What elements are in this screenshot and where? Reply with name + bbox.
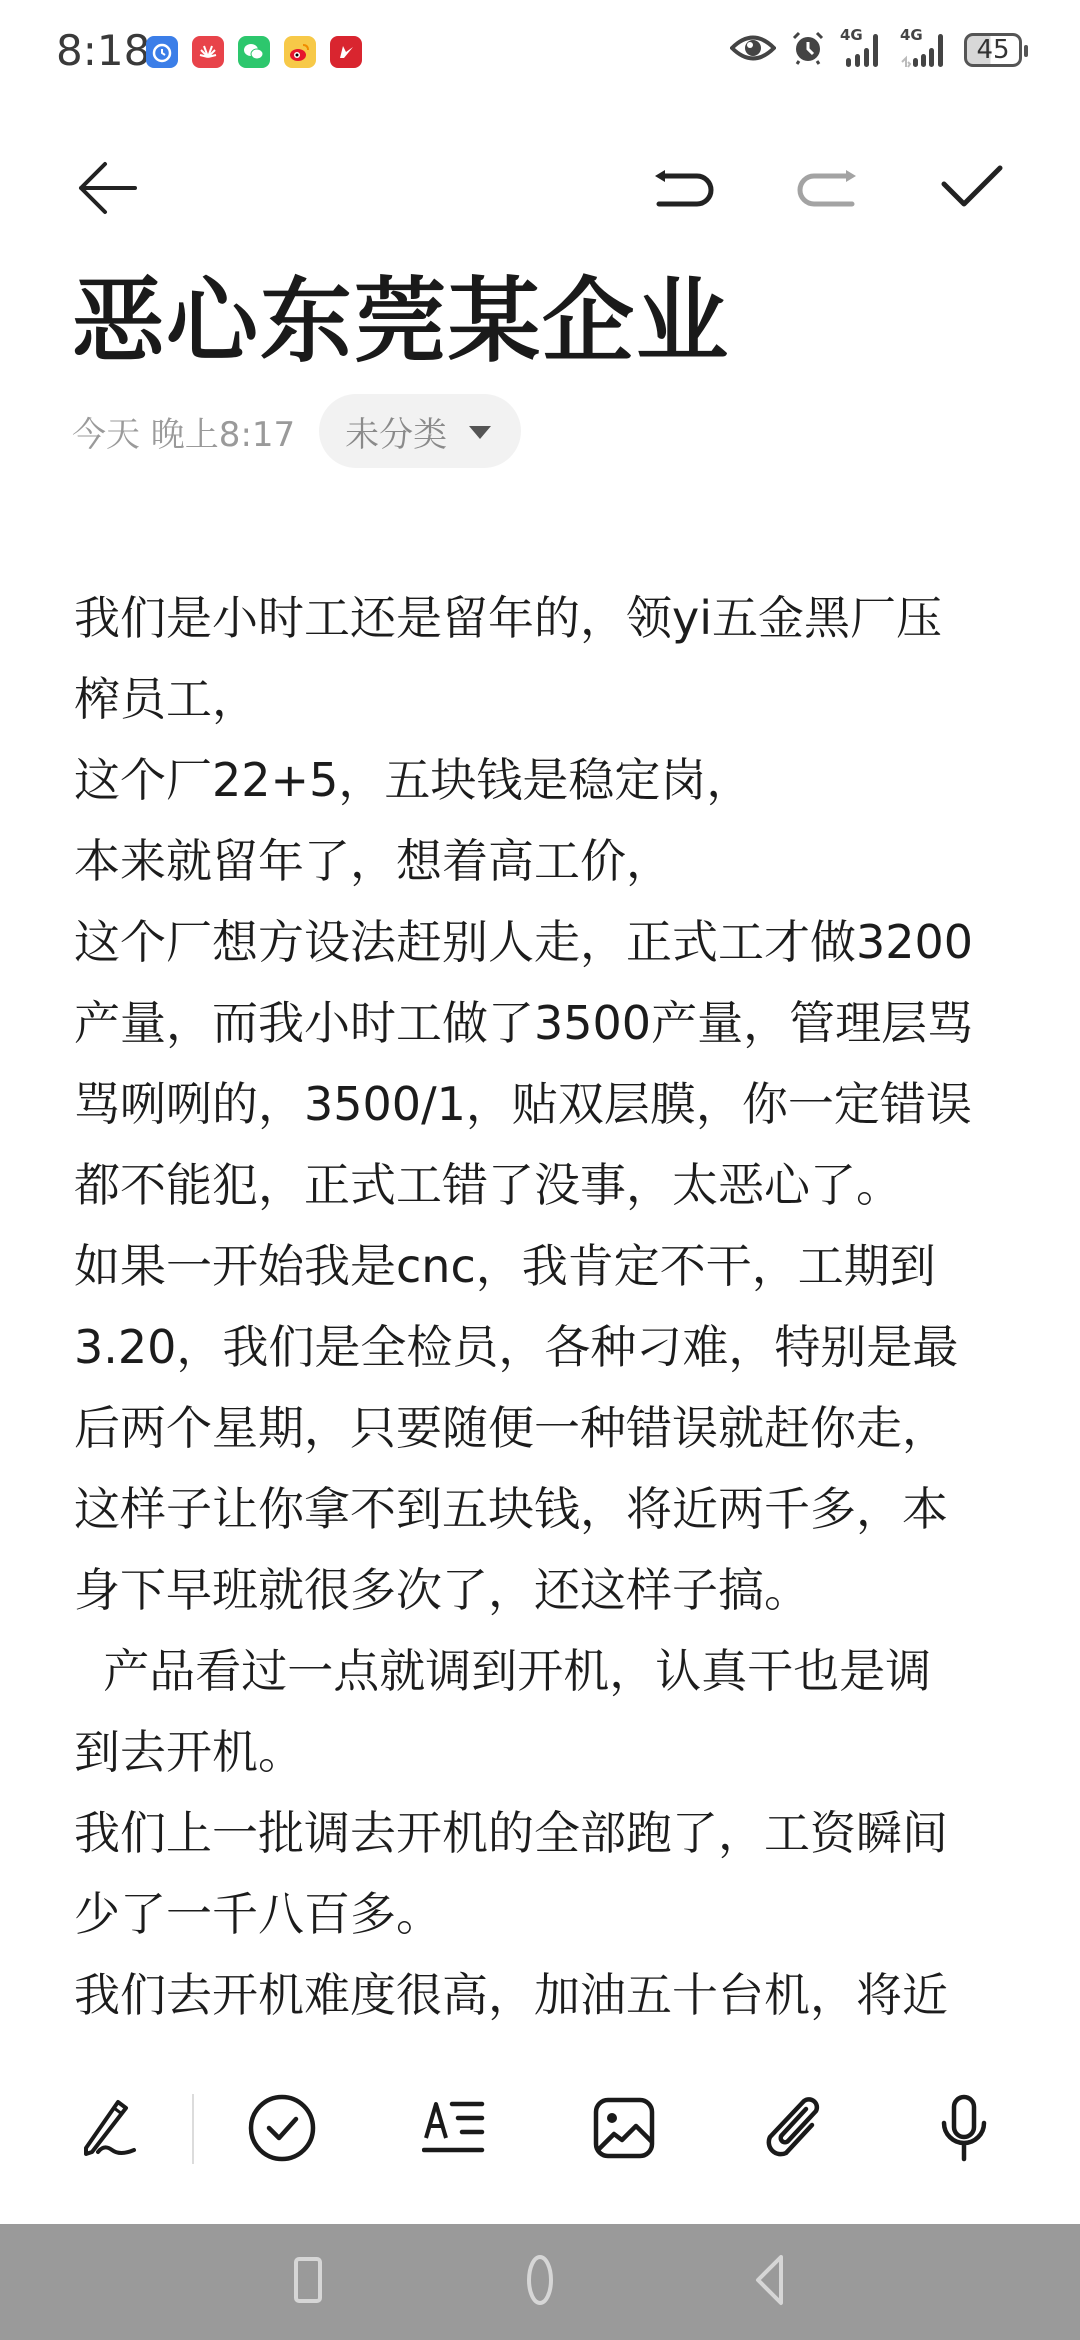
checklist-button[interactable] bbox=[242, 2090, 322, 2170]
note-timestamp: 今天 晚上8:17 bbox=[72, 407, 295, 456]
caret-down-icon bbox=[469, 426, 491, 439]
image-icon bbox=[592, 2096, 656, 2164]
done-button[interactable] bbox=[937, 160, 1007, 220]
voice-input-button[interactable] bbox=[924, 2090, 1004, 2170]
back-arrow-icon bbox=[75, 160, 139, 220]
note-line: 少了一千八百多。 bbox=[74, 1874, 1014, 1955]
note-line: 如果一开始我是cnc，我肯定不干，工期到 bbox=[74, 1226, 1014, 1307]
network-type-1: 4G bbox=[840, 26, 863, 44]
checkmark-icon bbox=[940, 164, 1004, 216]
note-line: 产量，而我小时工做了3500产量，管理层骂 bbox=[74, 983, 1014, 1064]
note-line: 这个厂22+5，五块钱是稳定岗， bbox=[74, 740, 1014, 821]
network-type-2: 4G bbox=[900, 26, 923, 44]
editor-bottom-toolbar bbox=[0, 2070, 1080, 2180]
alarm-icon bbox=[790, 30, 826, 70]
status-time: 8:18 bbox=[56, 26, 150, 75]
category-label: 未分类 bbox=[345, 407, 447, 456]
recents-button[interactable] bbox=[278, 2252, 338, 2312]
weibo-app-icon bbox=[284, 36, 316, 68]
notification-icons bbox=[146, 36, 362, 68]
note-line: 这样子让你拿不到五块钱，将近两千多，本 bbox=[74, 1469, 1014, 1550]
note-line: 本来就留年了，想着高工价， bbox=[74, 821, 1014, 902]
note-line: 我们去开机难度很高，加油五十台机，将近 bbox=[74, 1955, 1014, 2036]
editor-top-toolbar bbox=[0, 140, 1080, 240]
note-line: 榨员工， bbox=[74, 659, 1014, 740]
status-indicators: 4G 4G 45 bbox=[730, 30, 1022, 70]
note-line: 我们上一批调去开机的全部跑了，工资瞬间 bbox=[74, 1793, 1014, 1874]
note-line: 身下早班就很多次了，还这样子搞。 bbox=[74, 1550, 1014, 1631]
note-title[interactable]: 恶心东莞某企业 bbox=[72, 262, 730, 382]
undo-button[interactable] bbox=[648, 160, 718, 220]
note-line: 这个厂想方设法赶别人走，正式工才做3200 bbox=[74, 902, 1014, 983]
signal-sim2-icon: 4G bbox=[900, 32, 950, 68]
status-bar: 8:18 4G 4G 45 bbox=[0, 0, 1080, 110]
note-line: 都不能犯，正式工错了没事，太恶心了。 bbox=[74, 1145, 1014, 1226]
note-line: 我们是小时工还是留年的，领yi五金黑厂压 bbox=[74, 578, 1014, 659]
attachment-button[interactable] bbox=[754, 2090, 834, 2170]
triangle-back-icon bbox=[755, 2254, 785, 2310]
battery-icon: 45 bbox=[964, 33, 1022, 67]
category-dropdown[interactable]: 未分类 bbox=[319, 394, 521, 468]
note-body-editor[interactable]: 我们是小时工还是留年的，领yi五金黑厂压 榨员工， 这个厂22+5，五块钱是稳定… bbox=[74, 578, 1014, 2036]
square-icon bbox=[293, 2256, 323, 2308]
nav-back-button[interactable] bbox=[740, 2252, 800, 2312]
system-nav-bar bbox=[0, 2224, 1080, 2340]
battery-level: 45 bbox=[976, 35, 1009, 65]
note-meta: 今天 晚上8:17 未分类 bbox=[72, 394, 521, 468]
note-line: 3.20，我们是全检员，各种刁难，特别是最 bbox=[74, 1307, 1014, 1388]
note-line: 骂咧咧的，3500/1，贴双层膜，你一定错误 bbox=[74, 1064, 1014, 1145]
paperclip-icon bbox=[762, 2093, 826, 2167]
note-line: 到去开机。 bbox=[74, 1712, 1014, 1793]
toolbar-divider bbox=[192, 2094, 194, 2164]
text-style-button[interactable] bbox=[414, 2090, 494, 2170]
microphone-icon bbox=[939, 2093, 989, 2167]
red-app-icon bbox=[330, 36, 362, 68]
insert-image-button[interactable] bbox=[584, 2090, 664, 2170]
huawei-app-icon bbox=[192, 36, 224, 68]
circle-icon bbox=[525, 2254, 555, 2310]
back-button[interactable] bbox=[72, 160, 142, 220]
pen-icon bbox=[78, 2096, 142, 2164]
signal-sim1-icon: 4G bbox=[840, 32, 886, 68]
redo-icon bbox=[796, 168, 860, 212]
home-button[interactable] bbox=[510, 2252, 570, 2312]
eye-comfort-icon bbox=[730, 33, 776, 67]
note-line: 后两个星期，只要随便一种错误就赶你走， bbox=[74, 1388, 1014, 1469]
check-circle-icon bbox=[247, 2093, 317, 2167]
clock-app-icon bbox=[146, 36, 178, 68]
undo-icon bbox=[651, 168, 715, 212]
redo-button[interactable] bbox=[793, 160, 863, 220]
note-line: 产品看过一点就调到开机，认真干也是调 bbox=[74, 1631, 1014, 1712]
wechat-app-icon bbox=[238, 36, 270, 68]
text-format-icon bbox=[422, 2096, 486, 2164]
handwriting-button[interactable] bbox=[70, 2090, 150, 2170]
